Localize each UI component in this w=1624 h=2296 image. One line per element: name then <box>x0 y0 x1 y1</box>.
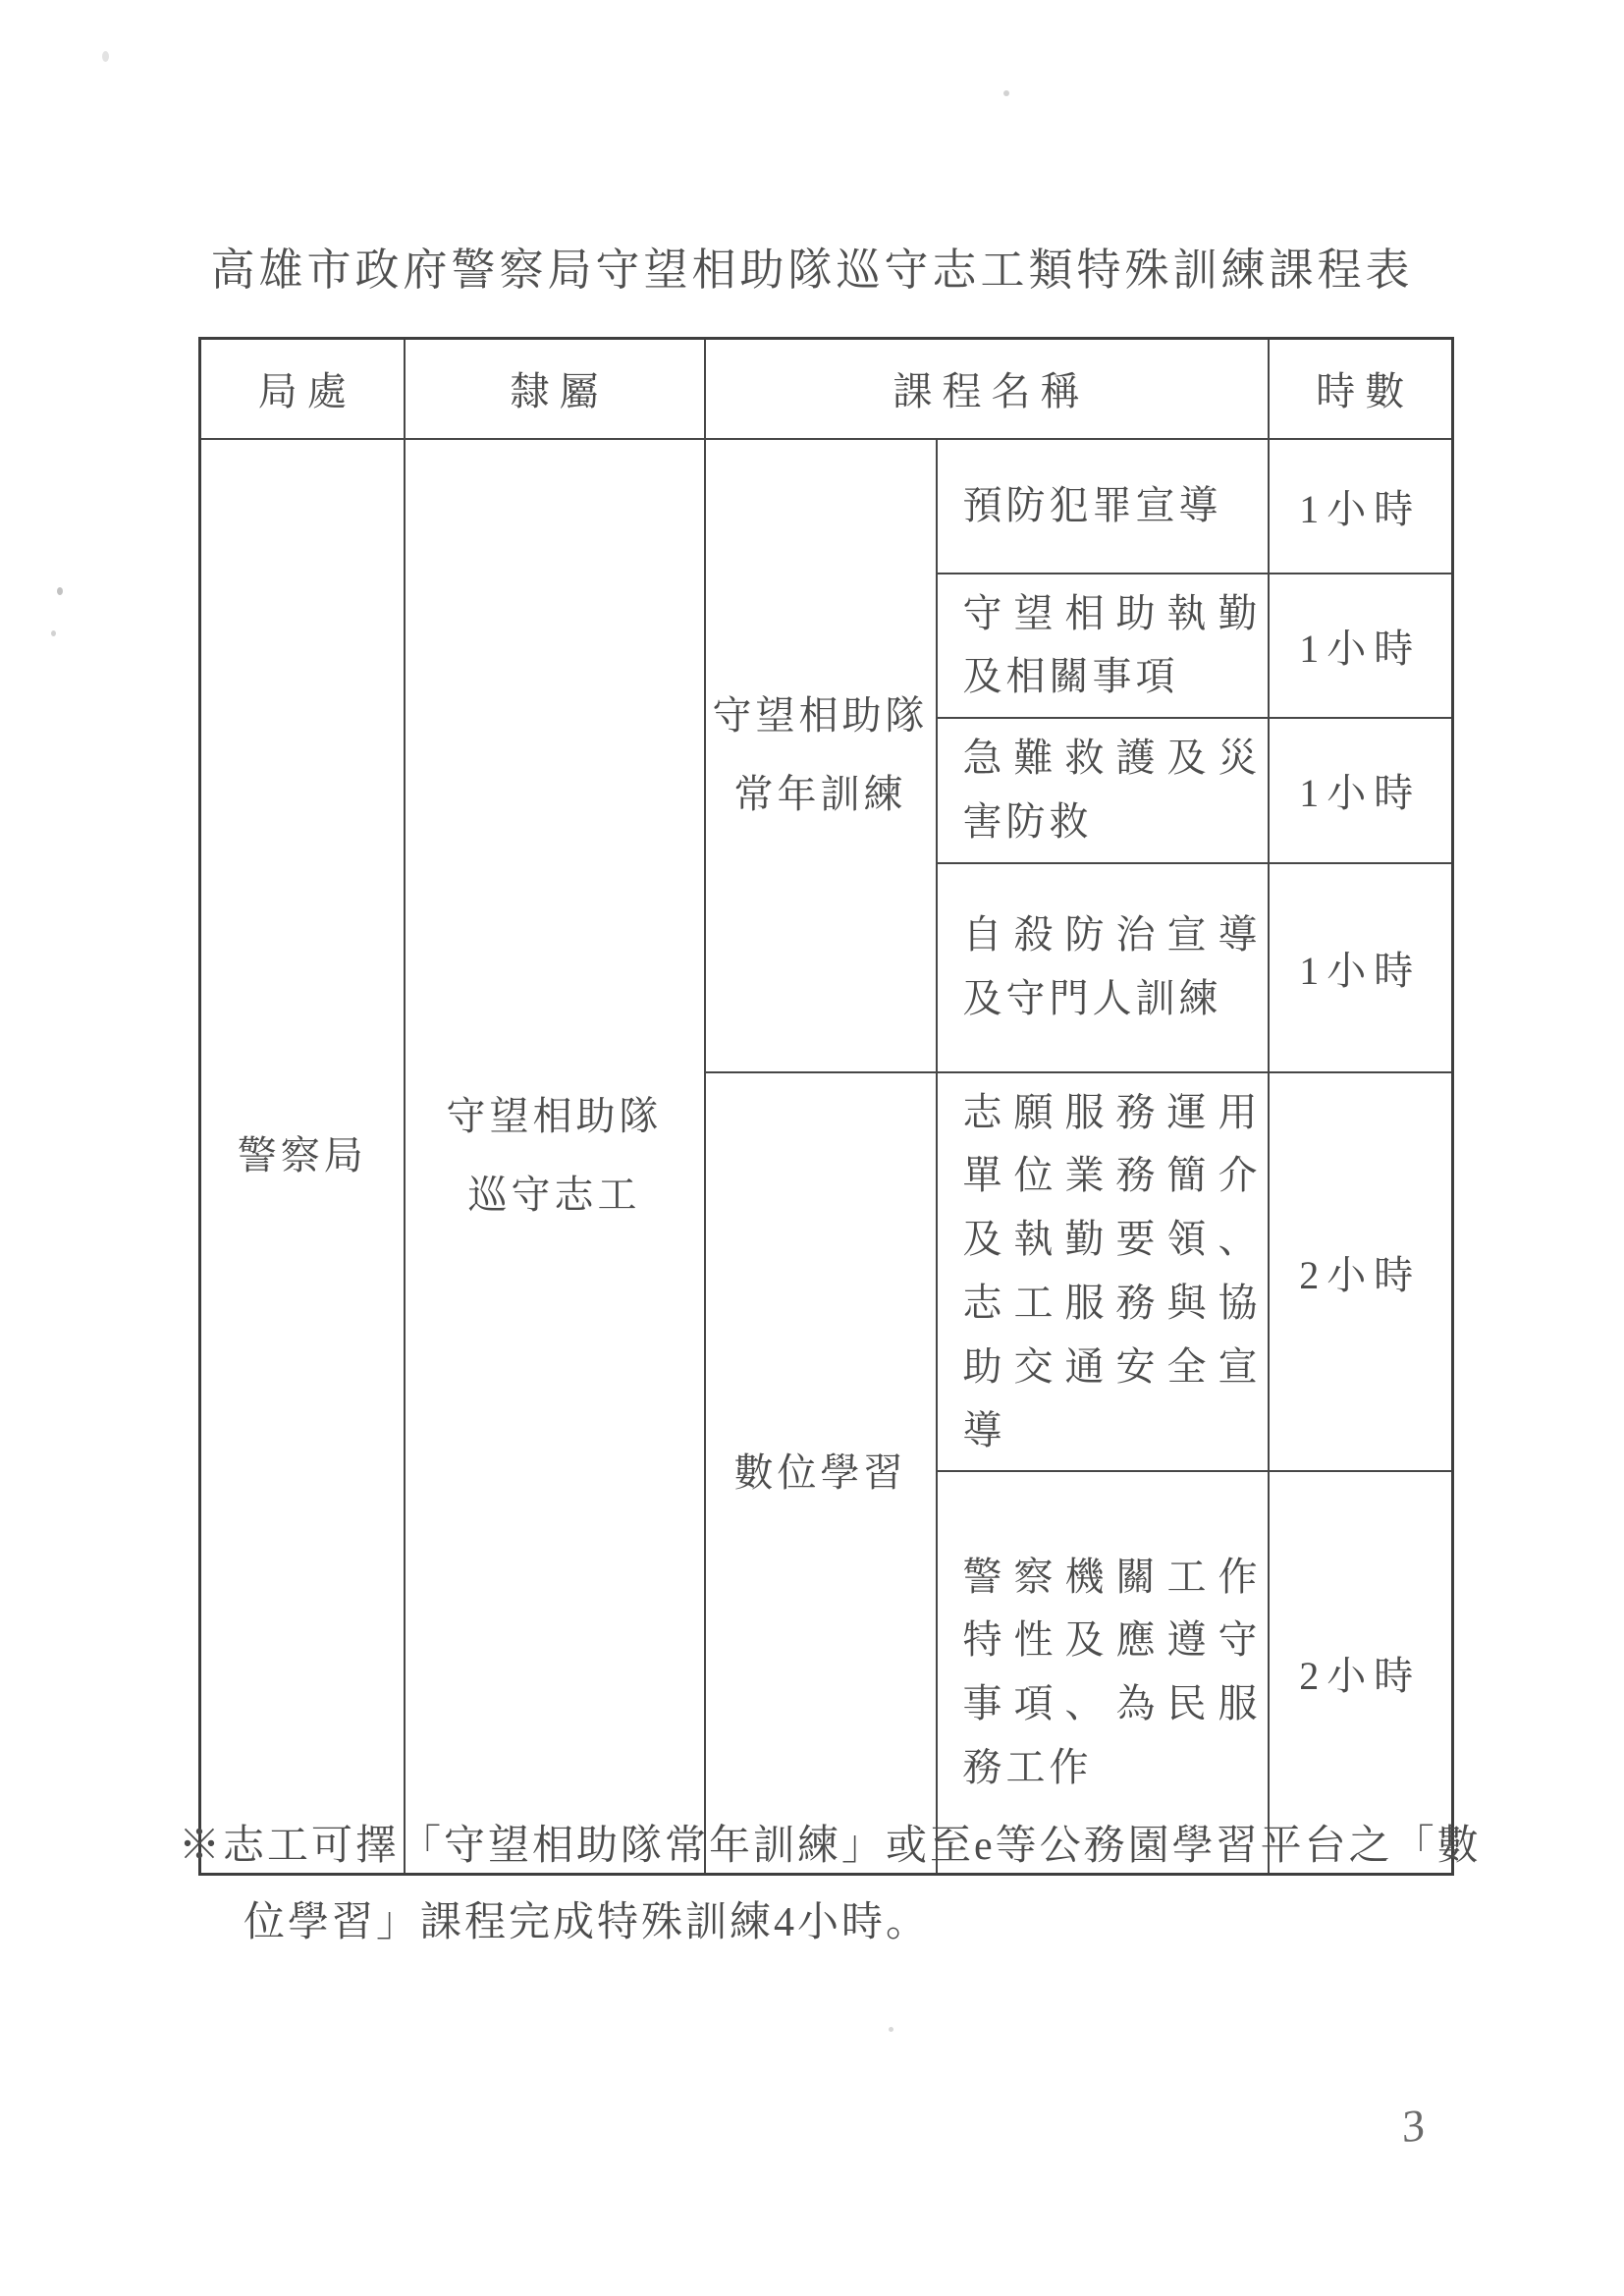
header-affiliation: 隸屬 <box>405 339 705 439</box>
cell-group-digital-learning: 數位學習 <box>705 1072 937 1875</box>
scan-speck <box>57 587 63 595</box>
scanned-document-page: 高雄市政府警察局守望相助隊巡守志工類特殊訓練課程表 局處 隸屬 課程名稱 時數 … <box>0 0 1624 2296</box>
footnote-line-2: 位學習」課程完成特殊訓練4小時。 <box>244 1886 1514 1962</box>
scan-speck <box>1003 90 1009 96</box>
cell-bureau: 警察局 <box>200 439 405 1875</box>
training-course-table: 局處 隸屬 課程名稱 時數 警察局 守望相助隊 巡守志工 守望相助隊 常年訓練 … <box>198 337 1454 1876</box>
header-bureau: 局處 <box>200 339 405 439</box>
footnote-line-1: ※志工可擇「守望相助隊常年訓練」或至e等公務園學習平台之「數 <box>179 1809 1514 1886</box>
scan-speck <box>102 51 109 62</box>
footnote: ※志工可擇「守望相助隊常年訓練」或至e等公務園學習平台之「數 位學習」課程完成特… <box>179 1809 1514 1961</box>
cell-group-annual-training: 守望相助隊 常年訓練 <box>705 439 937 1072</box>
page-title: 高雄市政府警察局守望相助隊巡守志工類特殊訓練課程表 <box>0 234 1624 298</box>
scan-speck <box>889 2027 893 2032</box>
bureau-label: 警察局 <box>238 1133 367 1177</box>
cell-course-5: 志願服務運用單位業務簡介及執勤要領、志工服務與協助交通安全宣導 <box>937 1072 1269 1472</box>
cell-hours-5: 2小時 <box>1269 1072 1453 1472</box>
cell-hours-4: 1小時 <box>1269 863 1453 1072</box>
table-row: 警察局 守望相助隊 巡守志工 守望相助隊 常年訓練 預防犯罪宣導 1小時 <box>200 439 1453 574</box>
cell-affiliation: 守望相助隊 巡守志工 <box>405 439 705 1875</box>
affiliation-line-1: 守望相助隊 <box>406 1077 703 1156</box>
cell-course-1: 預防犯罪宣導 <box>937 439 1269 574</box>
affiliation-line-2: 巡守志工 <box>406 1156 703 1234</box>
scan-speck <box>51 630 56 636</box>
cell-course-3: 急難救護及災害防救 <box>937 718 1269 863</box>
cell-hours-2: 1小時 <box>1269 574 1453 719</box>
cell-hours-3: 1小時 <box>1269 718 1453 863</box>
group-annual-line-1: 守望相助隊 <box>707 677 935 755</box>
header-course-name: 課程名稱 <box>705 339 1269 439</box>
page-number-handwritten: 3 <box>1402 2099 1425 2154</box>
cell-hours-1: 1小時 <box>1269 439 1453 574</box>
header-hours: 時數 <box>1269 339 1453 439</box>
table-header-row: 局處 隸屬 課程名稱 時數 <box>200 339 1453 439</box>
cell-course-4: 自殺防治宣導及守門人訓練 <box>937 863 1269 1072</box>
cell-course-2: 守望相助執勤及相關事項 <box>937 574 1269 719</box>
group-annual-line-2: 常年訓練 <box>707 755 935 834</box>
group-digital-line-1: 數位學習 <box>707 1434 935 1512</box>
